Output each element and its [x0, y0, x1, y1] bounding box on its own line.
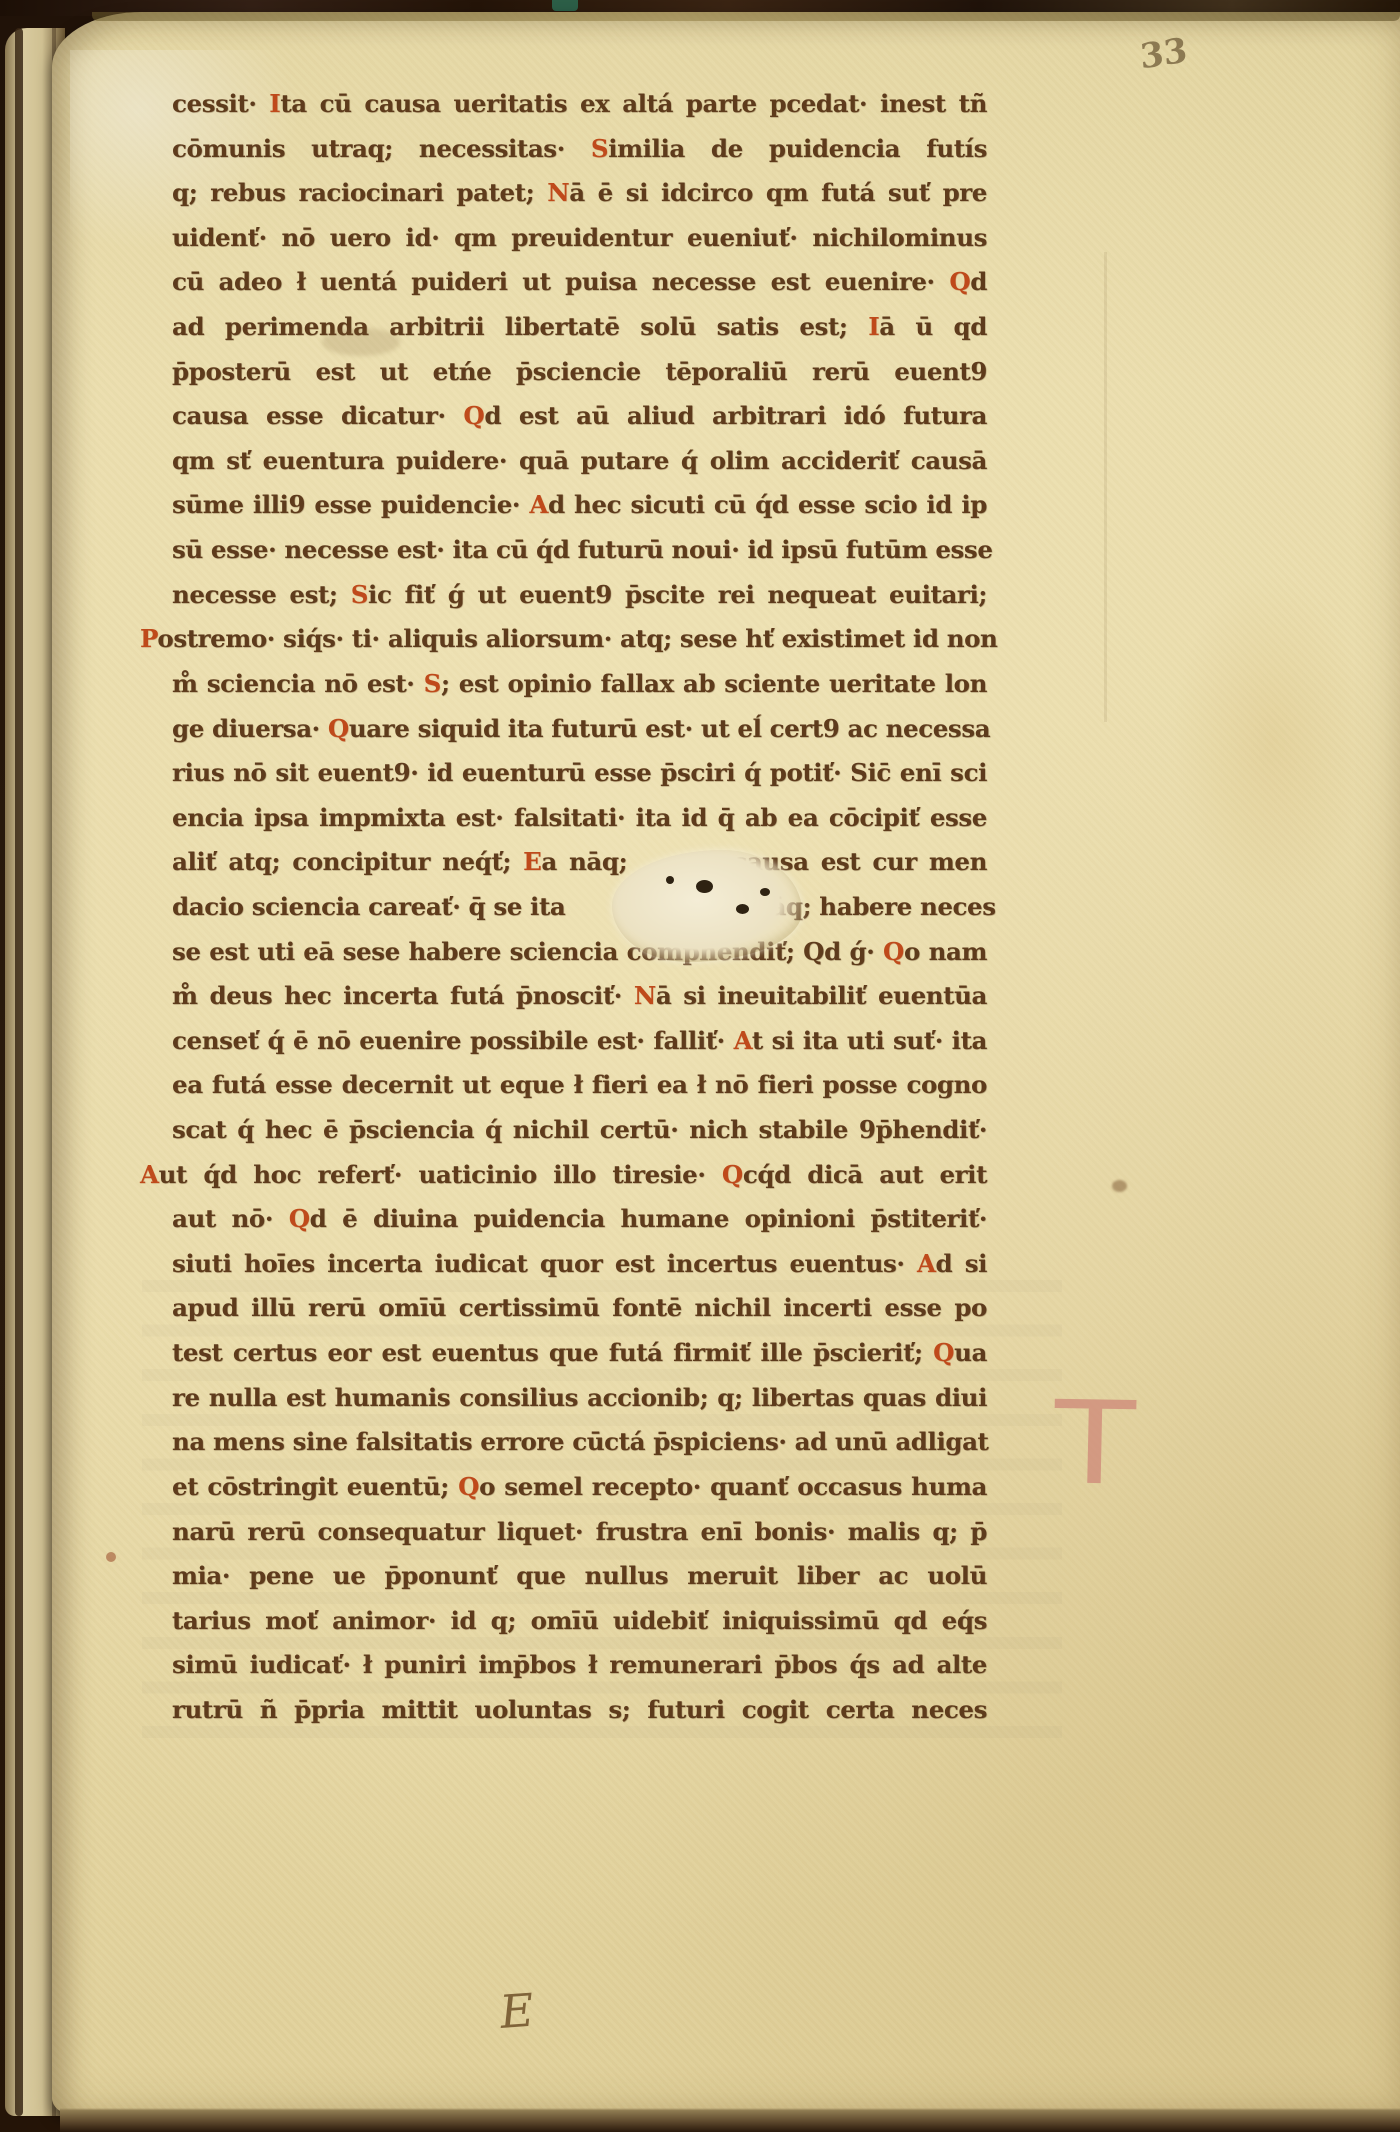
ink-text: na mens sine falsitatis errore cūctá p̄s…	[172, 1427, 988, 1456]
ink-text: dacio sciencia careať· q̄ se ita	[172, 892, 565, 921]
ink-text: ua	[954, 1338, 987, 1367]
ink-text: uidenť· nō uero id· qm preuidentur eueni…	[172, 223, 987, 252]
ink-text: ā si ineuitabiliť euentūa	[656, 981, 987, 1010]
manuscript-line: rutrū ñ p̄pria mittit uoluntas s; futuri…	[172, 1688, 987, 1733]
rubricated-letter: A	[734, 1026, 752, 1055]
quire-mark: E	[497, 1983, 537, 2039]
ink-text: narū rerū consequatur liquet· frustra en…	[172, 1517, 987, 1546]
rubricated-letter: Q	[722, 1160, 743, 1189]
manuscript-line: narū rerū consequatur liquet· frustra en…	[172, 1510, 987, 1555]
ink-text: o semel recepto· quanť occasus huma	[479, 1472, 987, 1501]
ink-text: ā ē si idcirco qm futá suť pre	[569, 178, 987, 207]
manuscript-line: mia· pene ue p̄ponunť que nullus meruit …	[172, 1554, 987, 1599]
ink-text: ad perimenda arbitrii libertatē solū sat…	[172, 312, 868, 341]
manuscript-line: siuti hoīes incerta iudicat quor est inc…	[172, 1242, 987, 1287]
hole-speck	[736, 904, 749, 914]
rubricated-letter: I	[269, 89, 280, 118]
parchment-crease	[1104, 252, 1107, 722]
manuscript-line: cū adeo ł uentá puideri ut puisa necesse…	[172, 260, 987, 305]
hole-speck	[696, 880, 713, 893]
manuscript-line: encia ipsa impmixta est· falsitati· ita …	[172, 796, 987, 841]
manuscript-line: se est uti eā sese habere sciencia comp̄…	[172, 930, 987, 975]
rubricated-letter: I	[868, 312, 879, 341]
manuscript-line: causa esse dicatur· Qd est aū aliud arbi…	[172, 394, 987, 439]
ink-text: cū adeo ł uentá puideri ut puisa necesse…	[172, 267, 949, 296]
ink-text: m̊ deus hec incerta futá p̄nosciť·	[172, 981, 634, 1010]
ink-text: sū esse· necesse est· ita cū q́d futurū …	[172, 535, 993, 564]
manuscript-line: m̊ deus hec incerta futá p̄nosciť· Nā si…	[172, 974, 987, 1019]
ink-text: qm sť euentura puidere· quā putare q́ ol…	[172, 446, 987, 475]
manuscript-line: cōmunis utraq; necessitas· Similia de pu…	[172, 127, 987, 172]
rubricated-letter: N	[634, 981, 656, 1010]
rubricated-letter: Q	[458, 1472, 479, 1501]
parchment-smudge	[322, 328, 400, 356]
ink-text: m̊ sciencia nō est·	[172, 669, 424, 698]
lower-page-edge	[60, 2108, 1400, 2132]
manuscript-line: ge diuersa· Quare siquid ita futurū est·…	[172, 707, 987, 752]
rubricated-letter: E	[523, 847, 541, 876]
hole-speck	[666, 876, 674, 884]
ink-text: ea futá esse decernit ut eque ł fieri ea…	[172, 1070, 987, 1099]
manuscript-line: simū iudicať· ł puniri imp̄bos ł remuner…	[172, 1643, 987, 1688]
manuscript-line: censeť q́ ē nō euenire possibile est· fa…	[172, 1019, 987, 1064]
ink-spot	[106, 1552, 116, 1562]
manuscript-line: p̄posterū est ut etńe p̄sciencie tēporal…	[172, 350, 987, 395]
manuscript-line: ea futá esse decernit ut eque ł fieri ea…	[172, 1063, 987, 1108]
ink-text: mia· pene ue p̄ponunť que nullus meruit …	[172, 1561, 987, 1590]
manuscript-line: q; rebus raciocinari patet; Nā ē si idci…	[172, 171, 987, 216]
ink-text: censeť q́ ē nō euenire possibile est· fa…	[172, 1026, 734, 1055]
ink-text: a nāq;	[541, 847, 627, 876]
manuscript-line: qm sť euentura puidere· quā putare q́ ol…	[172, 439, 987, 484]
page-edge-crease	[15, 28, 23, 2116]
rubricated-letter: N	[547, 178, 569, 207]
folio-number: 33	[1139, 30, 1189, 77]
ink-text: simū iudicať· ł puniri imp̄bos ł remuner…	[172, 1650, 987, 1679]
ink-text: imilia de puidencia futís	[608, 134, 987, 163]
manuscript-line: m̊ sciencia nō est· S; est opinio fallax…	[172, 662, 987, 707]
manuscript-line: apud illū rerū omīū certissimū fontē nic…	[172, 1286, 987, 1331]
rubricated-letter: A	[529, 490, 548, 519]
ink-text: ge diuersa·	[172, 714, 328, 743]
ink-text: ; est opinio fallax ab sciente ueritate …	[441, 669, 987, 698]
manuscript-line: test certus eor est euentus que futá fir…	[172, 1331, 987, 1376]
ink-text: causa esse dicatur·	[172, 401, 463, 430]
ink-text: apud illū rerū omīū certissimū fontē nic…	[172, 1293, 987, 1322]
manuscript-line: aut nō· Qd ē diuina puidencia humane opi…	[172, 1197, 987, 1242]
ink-text: encia ipsa impmixta est· falsitati· ita …	[172, 803, 987, 832]
rubricated-letter: Q	[463, 401, 484, 430]
ink-text: d si	[936, 1249, 987, 1278]
manuscript-page: 33 cessit· Ita cū causa ueritatis ex alt…	[52, 12, 1400, 2114]
manuscript-line: re nulla est humanis consilius accionib;…	[172, 1376, 987, 1421]
ink-text: cōmunis utraq; necessitas·	[172, 134, 591, 163]
ink-text: necesse est;	[172, 580, 351, 609]
rubricated-letter: S	[591, 134, 608, 163]
ink-text: sūme illi9 esse puidencie·	[172, 490, 529, 519]
rubricated-letter: Q	[949, 267, 970, 296]
rubricated-letter: Q	[289, 1204, 310, 1233]
ink-text: cessit·	[172, 89, 269, 118]
rubricated-letter: S	[351, 580, 368, 609]
margin-guide-initial: T	[1049, 1380, 1140, 1503]
ink-text: ostremo· siq́s· ti· aliquis aliorsum· at…	[157, 624, 997, 653]
ink-text: re nulla est humanis consilius accionib;…	[172, 1383, 987, 1412]
manuscript-line: cessit· Ita cū causa ueritatis ex altá p…	[172, 82, 987, 127]
rubricated-letter: Q	[328, 714, 349, 743]
ink-text: p̄posterū est ut etńe p̄sciencie tēporal…	[172, 357, 987, 386]
text-block: cessit· Ita cū causa ueritatis ex altá p…	[172, 82, 987, 1733]
manuscript-line: Postremo· siq́s· ti· aliquis aliorsum· a…	[140, 617, 987, 662]
ink-text: d hec sicuti cū q́d esse scio id ip	[548, 490, 987, 519]
manuscript-line: sūme illi9 esse puidencie· Ad hec sicuti…	[172, 483, 987, 528]
ink-text: siuti hoīes incerta iudicat quor est inc…	[172, 1249, 917, 1278]
rubricated-letter: Q	[933, 1338, 954, 1367]
ink-text: rutrū ñ p̄pria mittit uoluntas s; futuri…	[172, 1695, 987, 1724]
ink-text: rius nō sit euent9· id euenturū esse p̄s…	[172, 758, 987, 787]
manuscript-line: aliť atq; concipitur neq́ť; Ea nāq;causa…	[172, 840, 987, 885]
binding-speck	[552, 0, 578, 11]
manuscript-line: Aut q́d hoc referť· uaticinio illo tires…	[140, 1153, 987, 1198]
manuscript-line: ad perimenda arbitrii libertatē solū sat…	[172, 305, 987, 350]
ink-text: ic fiť ǵ ut euent9 p̄scite rei nequeat e…	[368, 580, 987, 609]
ink-text: ā ū qd	[879, 312, 987, 341]
page-top-edge	[92, 12, 1400, 21]
manuscript-line: uidenť· nō uero id· qm preuidentur eueni…	[172, 216, 987, 261]
rubricated-letter: A	[140, 1160, 159, 1189]
ink-text: uare siquid ita futurū est· ut eĺ cert9 …	[349, 714, 990, 743]
manuscript-line: sū esse· necesse est· ita cū q́d futurū …	[172, 528, 987, 573]
ink-text: q; rebus raciocinari patet;	[172, 178, 547, 207]
rubricated-letter: A	[917, 1249, 936, 1278]
ink-spot	[1112, 1180, 1127, 1192]
ink-text: ut q́d hoc referť· uaticinio illo tiresi…	[159, 1160, 722, 1189]
manuscript-line: necesse est; Sic fiť ǵ ut euent9 p̄scite…	[172, 573, 987, 618]
ink-text: aut nō·	[172, 1204, 289, 1233]
hole-speck	[760, 888, 770, 896]
ink-text: cq́d dicā aut erit	[743, 1160, 987, 1189]
parchment-stain	[1172, 572, 1372, 912]
ink-text: aliť atq; concipitur neq́ť;	[172, 847, 523, 876]
ink-text: et cōstringit euentū;	[172, 1472, 458, 1501]
manuscript-line: scat q́ hec ē p̄sciencia q́ nichil certū…	[172, 1108, 987, 1153]
manuscript-line: dacio sciencia careať· q̄ se itarē quāq;…	[172, 885, 987, 930]
rubricated-letter: P	[140, 624, 157, 653]
ink-text: o nam	[904, 937, 987, 966]
manuscript-line: na mens sine falsitatis errore cūctá p̄s…	[172, 1420, 987, 1465]
ink-text: d est aū aliud arbitrari idó futura	[484, 401, 987, 430]
manuscript-line: rius nō sit euent9· id euenturū esse p̄s…	[172, 751, 987, 796]
ink-text: tarius moť animor· id q; omīū uidebiť in…	[172, 1606, 987, 1635]
ink-text: d ē diuina puidencia humane opinioni p̄s…	[310, 1204, 987, 1233]
manuscript-line: et cōstringit euentū; Qo semel recepto· …	[172, 1465, 987, 1510]
ink-text: t si ita uti suť· ita	[752, 1026, 987, 1055]
ink-text: scat q́ hec ē p̄sciencia q́ nichil certū…	[172, 1115, 987, 1144]
manuscript-photo: 33 cessit· Ita cū causa ueritatis ex alt…	[0, 0, 1400, 2132]
rubricated-letter: Q	[883, 937, 904, 966]
ink-text: test certus eor est euentus que futá fir…	[172, 1338, 933, 1367]
ink-text: ta cū causa ueritatis ex altá parte pced…	[280, 89, 987, 118]
manuscript-line: tarius moť animor· id q; omīū uidebiť in…	[172, 1599, 987, 1644]
ink-text: d	[970, 267, 987, 296]
rubricated-letter: S	[424, 669, 441, 698]
